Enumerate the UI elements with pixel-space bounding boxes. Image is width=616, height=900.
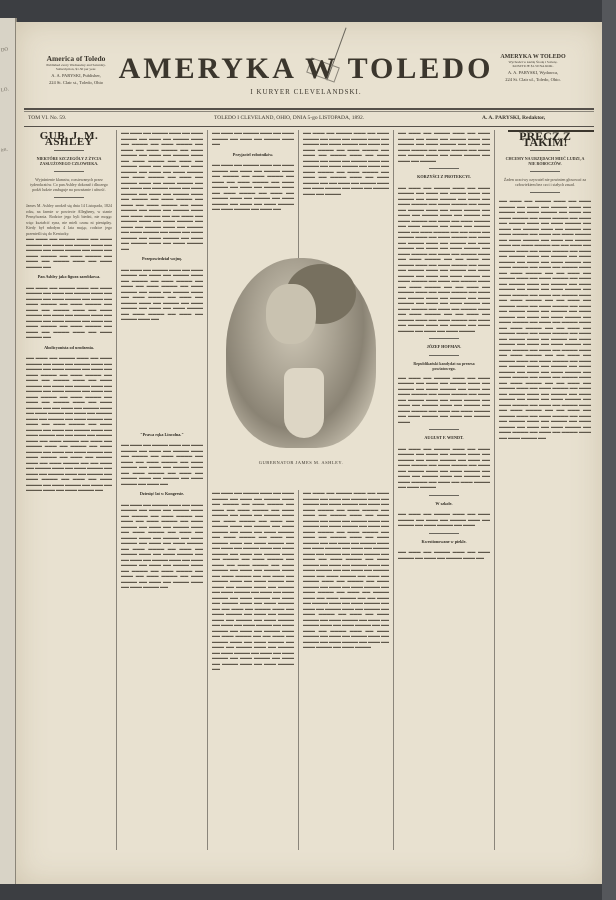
main-subhead: NIEKTÓRE SZCZEGÓŁY Z ŻYCIA ZASŁUŻONEGO C… bbox=[30, 156, 108, 166]
body-text: ▬▬ ▬▬▬ ▬▬ ▬▬▬▬ ▬▬▬ ▬▬ ▬▬▬ ▬▬▬▬ ▬▬ ▬▬▬ ▬▬… bbox=[26, 285, 112, 340]
body-text: ▬▬ ▬▬▬ ▬▬ ▬▬▬▬ ▬▬▬ ▬▬ ▬▬▬ ▬▬▬▬ ▬▬ ▬▬▬ ▬▬… bbox=[398, 375, 490, 425]
column-divider bbox=[494, 130, 495, 850]
column-divider bbox=[116, 130, 117, 850]
section-heading: W szkole. bbox=[396, 501, 492, 507]
column-5: ▬▬ ▬▬▬ ▬▬ ▬▬▬▬ ▬▬▬ ▬▬ ▬▬▬ ▬▬▬▬ ▬▬ ▬▬▬ ▬▬… bbox=[396, 130, 492, 870]
section-heading: "Prawa ręka Lincolna." bbox=[119, 432, 205, 438]
body-text: ▬▬ ▬▬▬ ▬▬ ▬▬▬▬ ▬▬▬ ▬▬ ▬▬▬ ▬▬▬▬ ▬▬ ▬▬▬ ▬▬… bbox=[121, 502, 203, 590]
column-divider bbox=[298, 490, 299, 850]
body-text: ▬▬ ▬▬▬ ▬▬ ▬▬▬▬ ▬▬▬ ▬▬ ▬▬▬ ▬▬▬▬ ▬▬ ▬▬▬ ▬▬… bbox=[26, 236, 112, 269]
divider bbox=[530, 150, 560, 151]
body-text: ▬▬ ▬▬▬ ▬▬ ▬▬▬▬ ▬▬▬ ▬▬ ▬▬▬ ▬▬▬▬ ▬▬ ▬▬▬ ▬▬… bbox=[303, 130, 389, 196]
masthead-right-line2: KOSZTUJE $1.50 NA ROK. bbox=[478, 64, 588, 68]
body-text: ▬▬ ▬▬▬ ▬▬ ▬▬▬▬ ▬▬▬ ▬▬ ▬▬▬ ▬▬▬▬ ▬▬ ▬▬▬ ▬▬… bbox=[398, 446, 490, 490]
body-text: ▬▬ ▬▬▬ ▬▬ ▬▬▬▬ ▬▬▬ ▬▬ ▬▬▬ ▬▬▬▬ ▬▬ ▬▬▬ ▬▬… bbox=[499, 198, 591, 440]
main-lead-paragraph: James M. Ashley urodził się dnia 14 List… bbox=[26, 203, 112, 236]
section-heading: Kwestionowane w piekle. bbox=[396, 539, 492, 545]
section-heading: Abolicyonista od urodzenia. bbox=[24, 345, 114, 351]
masthead-rule bbox=[24, 108, 594, 110]
section-heading: KORZYŚCI Z PROTEKCYI. bbox=[396, 174, 492, 180]
body-text: ▬▬ ▬▬▬ ▬▬ ▬▬▬▬ ▬▬▬ ▬▬ ▬▬▬ ▬▬▬▬ ▬▬ ▬▬▬ ▬▬… bbox=[398, 185, 490, 334]
right-subhead: CHCEMY NA URZĘDACH MIEĆ LUDZI, A NIE ROB… bbox=[503, 156, 587, 166]
masthead-left-address: 224 St. Clair st., Toledo, Ohio bbox=[26, 80, 126, 85]
divider bbox=[429, 429, 459, 430]
column-3-top: ▬▬ ▬▬▬ ▬▬ ▬▬▬▬ ▬▬▬ ▬▬ ▬▬▬ ▬▬▬▬ ▬▬ ▬▬▬ ▬▬… bbox=[210, 130, 296, 255]
portrait-caption: GUBERNATOR JAMES M. ASHLEY. bbox=[206, 460, 396, 465]
divider bbox=[54, 197, 84, 198]
portrait-shirt bbox=[284, 368, 324, 438]
dateline: TOM VI. No. 59. TOLEDO I CLEVELAND, OHIO… bbox=[24, 113, 594, 125]
right-headline: PRECZ Z TAKIM! bbox=[497, 134, 593, 145]
section-heading: Dziesięć lat w Kongresie. bbox=[119, 491, 205, 497]
column-divider bbox=[298, 130, 299, 258]
main-headline: GUB. J. M. ASHLEY bbox=[24, 134, 114, 145]
body-text: ▬▬ ▬▬▬ ▬▬ ▬▬▬▬ ▬▬▬ ▬▬ ▬▬▬ ▬▬▬▬ ▬▬ ▬▬▬ ▬▬… bbox=[212, 490, 294, 672]
divider bbox=[429, 495, 459, 496]
column-3-bottom: ▬▬ ▬▬▬ ▬▬ ▬▬▬▬ ▬▬▬ ▬▬ ▬▬▬ ▬▬▬▬ ▬▬ ▬▬▬ ▬▬… bbox=[210, 490, 296, 870]
body-text: ▬▬ ▬▬▬ ▬▬ ▬▬▬▬ ▬▬▬ ▬▬ ▬▬▬ ▬▬▬▬ ▬▬ ▬▬▬ ▬▬… bbox=[121, 442, 203, 486]
column-4-top: ▬▬ ▬▬▬ ▬▬ ▬▬▬▬ ▬▬▬ ▬▬ ▬▬▬ ▬▬▬▬ ▬▬ ▬▬▬ ▬▬… bbox=[301, 130, 391, 255]
body-text: ▬▬ ▬▬▬ ▬▬ ▬▬▬▬ ▬▬▬ ▬▬ ▬▬▬ ▬▬▬▬ ▬▬ ▬▬▬ ▬▬… bbox=[121, 267, 203, 322]
body-text: ▬▬ ▬▬▬ ▬▬ ▬▬▬▬ ▬▬▬ ▬▬ ▬▬▬ ▬▬▬▬ ▬▬ ▬▬▬ ▬▬… bbox=[26, 355, 112, 493]
masthead-left-name: America of Toledo bbox=[26, 54, 126, 63]
column-6: PRECZ Z TAKIM! CHCEMY NA URZĘDACH MIEĆ L… bbox=[497, 130, 593, 870]
masthead-left-box: America of Toledo Published every Wednes… bbox=[26, 54, 126, 85]
portrait-illustration: GUBERNATOR JAMES M. ASHLEY. bbox=[206, 258, 396, 484]
divider bbox=[54, 150, 84, 151]
masthead: America of Toledo Published every Wednes… bbox=[16, 22, 602, 100]
masthead-right-address: 224 St. Clair ul., Toledo, Ohio. bbox=[478, 77, 588, 82]
column-2: ▬▬ ▬▬▬ ▬▬ ▬▬▬▬ ▬▬▬ ▬▬ ▬▬▬ ▬▬▬▬ ▬▬ ▬▬▬ ▬▬… bbox=[119, 130, 205, 870]
masthead-left-publisher: A. A. PARYSKI, Publisher, bbox=[26, 73, 126, 78]
divider bbox=[429, 533, 459, 534]
viewer-right-edge bbox=[602, 0, 616, 900]
body-text: ▬▬ ▬▬▬ ▬▬ ▬▬▬▬ ▬▬▬ ▬▬ ▬▬▬ ▬▬▬▬ ▬▬ ▬▬▬ ▬▬… bbox=[398, 511, 490, 528]
masthead-right-box: AMERYKA W TOLEDO Wychodzi w każdą Środę … bbox=[478, 54, 588, 82]
place-and-date: TOLEDO I CLEVELAND, OHIO, DNIA 5-go LIST… bbox=[214, 115, 364, 121]
newspaper-title: AMERYKA W TOLEDO bbox=[116, 52, 496, 86]
section-heading: Pan Ashley jako figura zarobkowa. bbox=[24, 274, 114, 280]
section-heading: AUGUST F. WENDT. bbox=[396, 435, 492, 441]
portrait-face bbox=[266, 284, 316, 344]
column-divider bbox=[393, 130, 394, 850]
portrait-engraving bbox=[226, 258, 376, 448]
divider bbox=[429, 338, 459, 339]
dateline-rule bbox=[24, 126, 594, 127]
column-1: GUB. J. M. ASHLEY NIEKTÓRE SZCZEGÓŁY Z Ż… bbox=[24, 130, 114, 870]
newspaper-page: America of Toledo Published every Wednes… bbox=[16, 22, 602, 884]
column-4-bottom: ▬▬ ▬▬▬ ▬▬ ▬▬▬▬ ▬▬▬ ▬▬ ▬▬▬ ▬▬▬▬ ▬▬ ▬▬▬ ▬▬… bbox=[301, 490, 391, 870]
masthead-rule-thin bbox=[24, 111, 594, 112]
divider bbox=[530, 171, 560, 172]
column-divider bbox=[207, 130, 208, 850]
previous-page-edge: DO LO. irn. bbox=[0, 18, 17, 884]
divider bbox=[429, 168, 459, 169]
newspaper-subtitle: I KURYER CLEVELANDSKI. bbox=[116, 88, 496, 96]
body-text: ▬▬ ▬▬▬ ▬▬ ▬▬▬▬ ▬▬▬ ▬▬ ▬▬▬ ▬▬▬▬ ▬▬ ▬▬▬ ▬▬… bbox=[303, 490, 389, 650]
main-deck: Wyjaśnienie klamstw, rozsiewanych przez … bbox=[30, 177, 108, 192]
section-heading: JÓZEF HOFMAN. bbox=[396, 344, 492, 350]
editor-credit: A. A. PARYSKI, Redaktor, bbox=[482, 115, 545, 121]
previous-page-fragment: irn. bbox=[1, 147, 9, 153]
divider bbox=[54, 171, 84, 172]
section-heading: Przepowiedział wojnę. bbox=[119, 256, 205, 262]
body-text: ▬▬ ▬▬▬ ▬▬ ▬▬▬▬ ▬▬▬ ▬▬ ▬▬▬ ▬▬▬▬ ▬▬ ▬▬▬ ▬▬… bbox=[121, 130, 203, 251]
body-text: ▬▬ ▬▬▬ ▬▬ ▬▬▬▬ ▬▬▬ ▬▬ ▬▬▬ ▬▬▬▬ ▬▬ ▬▬▬ ▬▬… bbox=[398, 130, 490, 163]
section-heading: Przyjaciel robotników. bbox=[210, 152, 296, 158]
body-text: ▬▬ ▬▬▬ ▬▬ ▬▬▬▬ ▬▬▬ ▬▬ ▬▬▬ ▬▬▬▬ ▬▬ ▬▬▬ ▬▬… bbox=[398, 549, 490, 560]
volume-number: TOM VI. No. 59. bbox=[28, 115, 66, 121]
divider bbox=[530, 192, 560, 193]
body-text: ▬▬ ▬▬▬ ▬▬ ▬▬▬▬ ▬▬▬ ▬▬ ▬▬▬ ▬▬▬▬ ▬▬ ▬▬▬ ▬▬… bbox=[212, 130, 294, 147]
previous-page-fragment: DO bbox=[1, 47, 9, 53]
previous-page-fragment: LO. bbox=[1, 87, 10, 93]
divider bbox=[429, 355, 459, 356]
masthead-right-publisher: A. A. PARYSKI, Wydawca, bbox=[478, 70, 588, 75]
masthead-left-line2: Subscription, $1.50 per year. bbox=[26, 67, 126, 71]
body-text: ▬▬ ▬▬▬ ▬▬ ▬▬▬▬ ▬▬▬ ▬▬ ▬▬▬ ▬▬▬▬ ▬▬ ▬▬▬ ▬▬… bbox=[212, 162, 294, 212]
section-subheading: Republikański kandydat na prezesa powiat… bbox=[402, 361, 486, 371]
right-deck: Żaden uczciwy ozywatel nie powinien głos… bbox=[503, 177, 587, 187]
